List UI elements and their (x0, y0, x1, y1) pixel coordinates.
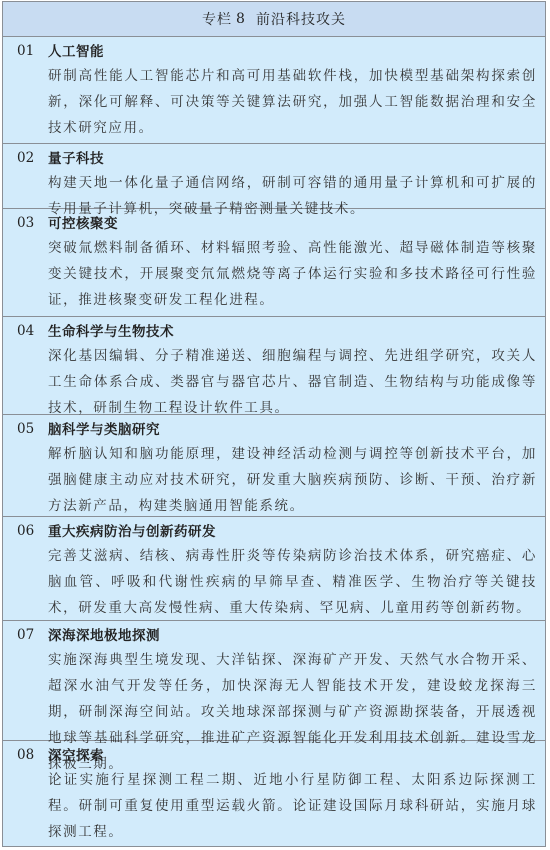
header-title: 前沿科技攻关 (256, 9, 346, 29)
item-text: 论证实施行星探测工程二期、近地小行星防御工程、太阳系边际探测工程。研制可重复使用… (48, 767, 537, 845)
item-title: 生命科学与生物技术 (48, 321, 537, 343)
item-text: 完善艾滋病、结核、病毒性肝炎等传染病防诊治技术体系，研究癌症、心脑血管、呼吸和代… (48, 543, 537, 621)
item-text: 研制高性能人工智能芯片和高可用基础软件栈，加快模型基础架构探索创新，深化可解释、… (48, 63, 537, 141)
item-title: 深海深地极地探测 (48, 625, 537, 647)
item-index: 06 (17, 523, 34, 539)
item-row-04: 04 生命科学与生物技术 深化基因编辑、分子精准递送、细胞编程与调控、先进组学研… (3, 317, 545, 415)
item-title: 可控核聚变 (48, 213, 537, 235)
item-row-08: 08 深空探索 论证实施行星探测工程二期、近地小行星防御工程、太阳系边际探测工程… (3, 741, 545, 847)
item-text: 突破氚燃料制备循环、材料辐照考验、高性能激光、超导磁体制造等核聚变关键技术，开展… (48, 235, 537, 313)
item-index: 08 (17, 747, 34, 763)
item-index: 02 (17, 150, 34, 166)
item-row-07: 07 深海深地极地探测 实施深海典型生境发现、大洋钻探、深海矿产开发、天然气水合… (3, 621, 545, 741)
item-index: 03 (17, 215, 34, 231)
item-title: 脑科学与类脑研究 (48, 419, 537, 441)
item-row-05: 05 脑科学与类脑研究 解析脑认知和脑功能原理，建设神经活动检测与调控等创新技术… (3, 415, 545, 517)
item-text: 解析脑认知和脑功能原理，建设神经活动检测与调控等创新技术平台，加强脑健康主动应对… (48, 441, 537, 519)
item-row-03: 03 可控核聚变 突破氚燃料制备循环、材料辐照考验、高性能激光、超导磁体制造等核… (3, 209, 545, 317)
item-index: 01 (17, 43, 34, 59)
item-row-06: 06 重大疾病防治与创新药研发 完善艾滋病、结核、病毒性肝炎等传染病防诊治技术体… (3, 517, 545, 621)
item-index: 05 (17, 421, 34, 437)
item-row-02: 02 量子科技 构建天地一体化量子通信网络，研制可容错的通用量子计算机和可扩展的… (3, 144, 545, 209)
item-row-01: 01 人工智能 研制高性能人工智能芯片和高可用基础软件栈，加快模型基础架构探索创… (3, 37, 545, 144)
item-index: 07 (17, 627, 34, 643)
item-title: 量子科技 (48, 148, 537, 170)
item-index: 04 (17, 323, 34, 339)
feature-box: 专栏 8 前沿科技攻关 01 人工智能 研制高性能人工智能芯片和高可用基础软件栈… (2, 1, 546, 847)
header-number: 8 (236, 11, 246, 27)
item-title: 人工智能 (48, 41, 537, 63)
item-title: 重大疾病防治与创新药研发 (48, 521, 537, 543)
item-text: 深化基因编辑、分子精准递送、细胞编程与调控、先进组学研究，攻关人工生命体系合成、… (48, 343, 537, 421)
header-label: 专栏 (202, 9, 232, 29)
box-header: 专栏 8 前沿科技攻关 (3, 2, 545, 37)
item-title: 深空探索 (48, 745, 537, 767)
